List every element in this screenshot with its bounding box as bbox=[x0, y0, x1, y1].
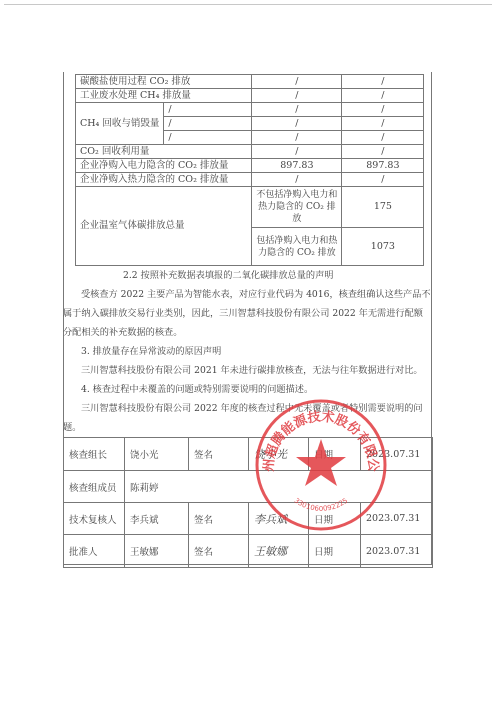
handwritten-signature: 饶小光 bbox=[249, 438, 309, 471]
sub-cell: / bbox=[164, 117, 252, 131]
role-label: 批准人 bbox=[64, 535, 125, 568]
value-cell: 897.83 bbox=[342, 159, 424, 173]
sign-label: 签名 bbox=[189, 438, 249, 471]
sign-label: 签名 bbox=[189, 503, 249, 535]
table-row: 批准人 王敏娜 签名 王敏娜 日期 2023.07.31 bbox=[64, 535, 433, 568]
person-name: 饶小光 bbox=[125, 438, 189, 471]
section-2-2-body: 受核查方 2022 主要产品为智能水表，对应行业代码为 4016，核查组确认这些… bbox=[63, 285, 432, 342]
excl-value: 175 bbox=[342, 187, 424, 228]
date-value: 2023.07.31 bbox=[361, 438, 433, 471]
sign-label: 签名 bbox=[189, 535, 249, 568]
row-label: 碳酸盐使用过程 CO₂ 排放 bbox=[76, 75, 252, 89]
value-cell: / bbox=[252, 89, 342, 103]
sub-cell: / bbox=[164, 131, 252, 145]
date-value: 2023.07.31 bbox=[361, 535, 433, 568]
value-cell: 897.83 bbox=[252, 159, 342, 173]
value-cell: / bbox=[252, 75, 342, 89]
incl-label: 包括净购入电力和热力隐含的 CO₂ 排放 bbox=[252, 228, 342, 266]
handwritten-signature: 李兵斌 bbox=[249, 503, 309, 535]
role-label: 技术复核人 bbox=[64, 503, 125, 535]
person-name: 陈莉婷 bbox=[125, 471, 433, 503]
declarations: 2.2 按照补充数据表填报的二氧化碳排放总量的声明 受核查方 2022 主要产品… bbox=[63, 266, 432, 437]
row-label: CH₄ 回收与销毁量 bbox=[76, 103, 164, 145]
person-name: 李兵斌 bbox=[125, 503, 189, 535]
signature-table: 核查组长 饶小光 签名 饶小光 日期 2023.07.31 核查组成员 陈莉婷 … bbox=[63, 437, 433, 568]
value-cell: / bbox=[342, 173, 424, 187]
section-3-title: 3. 排放量存在异常波动的原因声明 bbox=[63, 342, 432, 361]
section-2-2-title: 2.2 按照补充数据表填报的二氧化碳排放总量的声明 bbox=[63, 266, 432, 285]
value-cell: / bbox=[342, 89, 424, 103]
excl-label: 不包括净购入电力和热力隐含的 CO₂ 排放 bbox=[252, 187, 342, 228]
table-row: 核查组成员 陈莉婷 bbox=[64, 471, 433, 503]
table-row: 企业温室气体碳排放总量 不包括净购入电力和热力隐含的 CO₂ 排放 175 bbox=[76, 187, 424, 228]
table-row: 企业净购入电力隐含的 CO₂ 排放量 897.83 897.83 bbox=[76, 159, 424, 173]
value-cell: / bbox=[342, 103, 424, 117]
date-label: 日期 bbox=[309, 535, 361, 568]
row-label: CO₂ 回收利用量 bbox=[76, 145, 252, 159]
value-cell: / bbox=[252, 145, 342, 159]
incl-value: 1073 bbox=[342, 228, 424, 266]
sub-cell: / bbox=[164, 103, 252, 117]
value-cell: / bbox=[342, 131, 424, 145]
total-label: 企业温室气体碳排放总量 bbox=[76, 187, 252, 266]
value-cell: / bbox=[342, 145, 424, 159]
row-label: 企业净购入电力隐含的 CO₂ 排放量 bbox=[76, 159, 252, 173]
page-top-rule bbox=[4, 4, 492, 5]
section-3-body: 三川智慧科技股份有限公司 2021 年未进行碳排放核查，无法与往年数据进行对比。 bbox=[63, 361, 432, 380]
table-row: 碳酸盐使用过程 CO₂ 排放 / / bbox=[76, 75, 424, 89]
value-cell: / bbox=[252, 131, 342, 145]
value-cell: / bbox=[252, 103, 342, 117]
table-row: CH₄ 回收与销毁量 / / / bbox=[76, 103, 424, 117]
emissions-table: 碳酸盐使用过程 CO₂ 排放 / / 工业废水处理 CH₄ 排放量 / / CH… bbox=[75, 74, 424, 266]
table-row: CO₂ 回收利用量 / / bbox=[76, 145, 424, 159]
table-row: 核查组长 饶小光 签名 饶小光 日期 2023.07.31 bbox=[64, 438, 433, 471]
table-row: 技术复核人 李兵斌 签名 李兵斌 日期 2023.07.31 bbox=[64, 503, 433, 535]
person-name: 王敏娜 bbox=[125, 535, 189, 568]
table-row: 工业废水处理 CH₄ 排放量 / / bbox=[76, 89, 424, 103]
date-label: 日期 bbox=[309, 503, 361, 535]
role-label: 核查组成员 bbox=[64, 471, 125, 503]
date-value: 2023.07.31 bbox=[361, 503, 433, 535]
section-4-body: 三川智慧科技股份有限公司 2022 年度的核查过程中无未覆盖或者特别需要说明的问… bbox=[63, 399, 432, 437]
row-label: 工业废水处理 CH₄ 排放量 bbox=[76, 89, 252, 103]
value-cell: / bbox=[342, 117, 424, 131]
row-label: 企业净购入热力隐含的 CO₂ 排放量 bbox=[76, 173, 252, 187]
value-cell: / bbox=[252, 173, 342, 187]
date-label: 日期 bbox=[309, 438, 361, 471]
section-4-title: 4. 核查过程中未覆盖的问题或特别需要说明的问题描述。 bbox=[63, 380, 432, 399]
role-label: 核查组长 bbox=[64, 438, 125, 471]
table-row: 企业净购入热力隐含的 CO₂ 排放量 / / bbox=[76, 173, 424, 187]
value-cell: / bbox=[252, 117, 342, 131]
handwritten-signature: 王敏娜 bbox=[249, 535, 309, 568]
value-cell: / bbox=[342, 75, 424, 89]
